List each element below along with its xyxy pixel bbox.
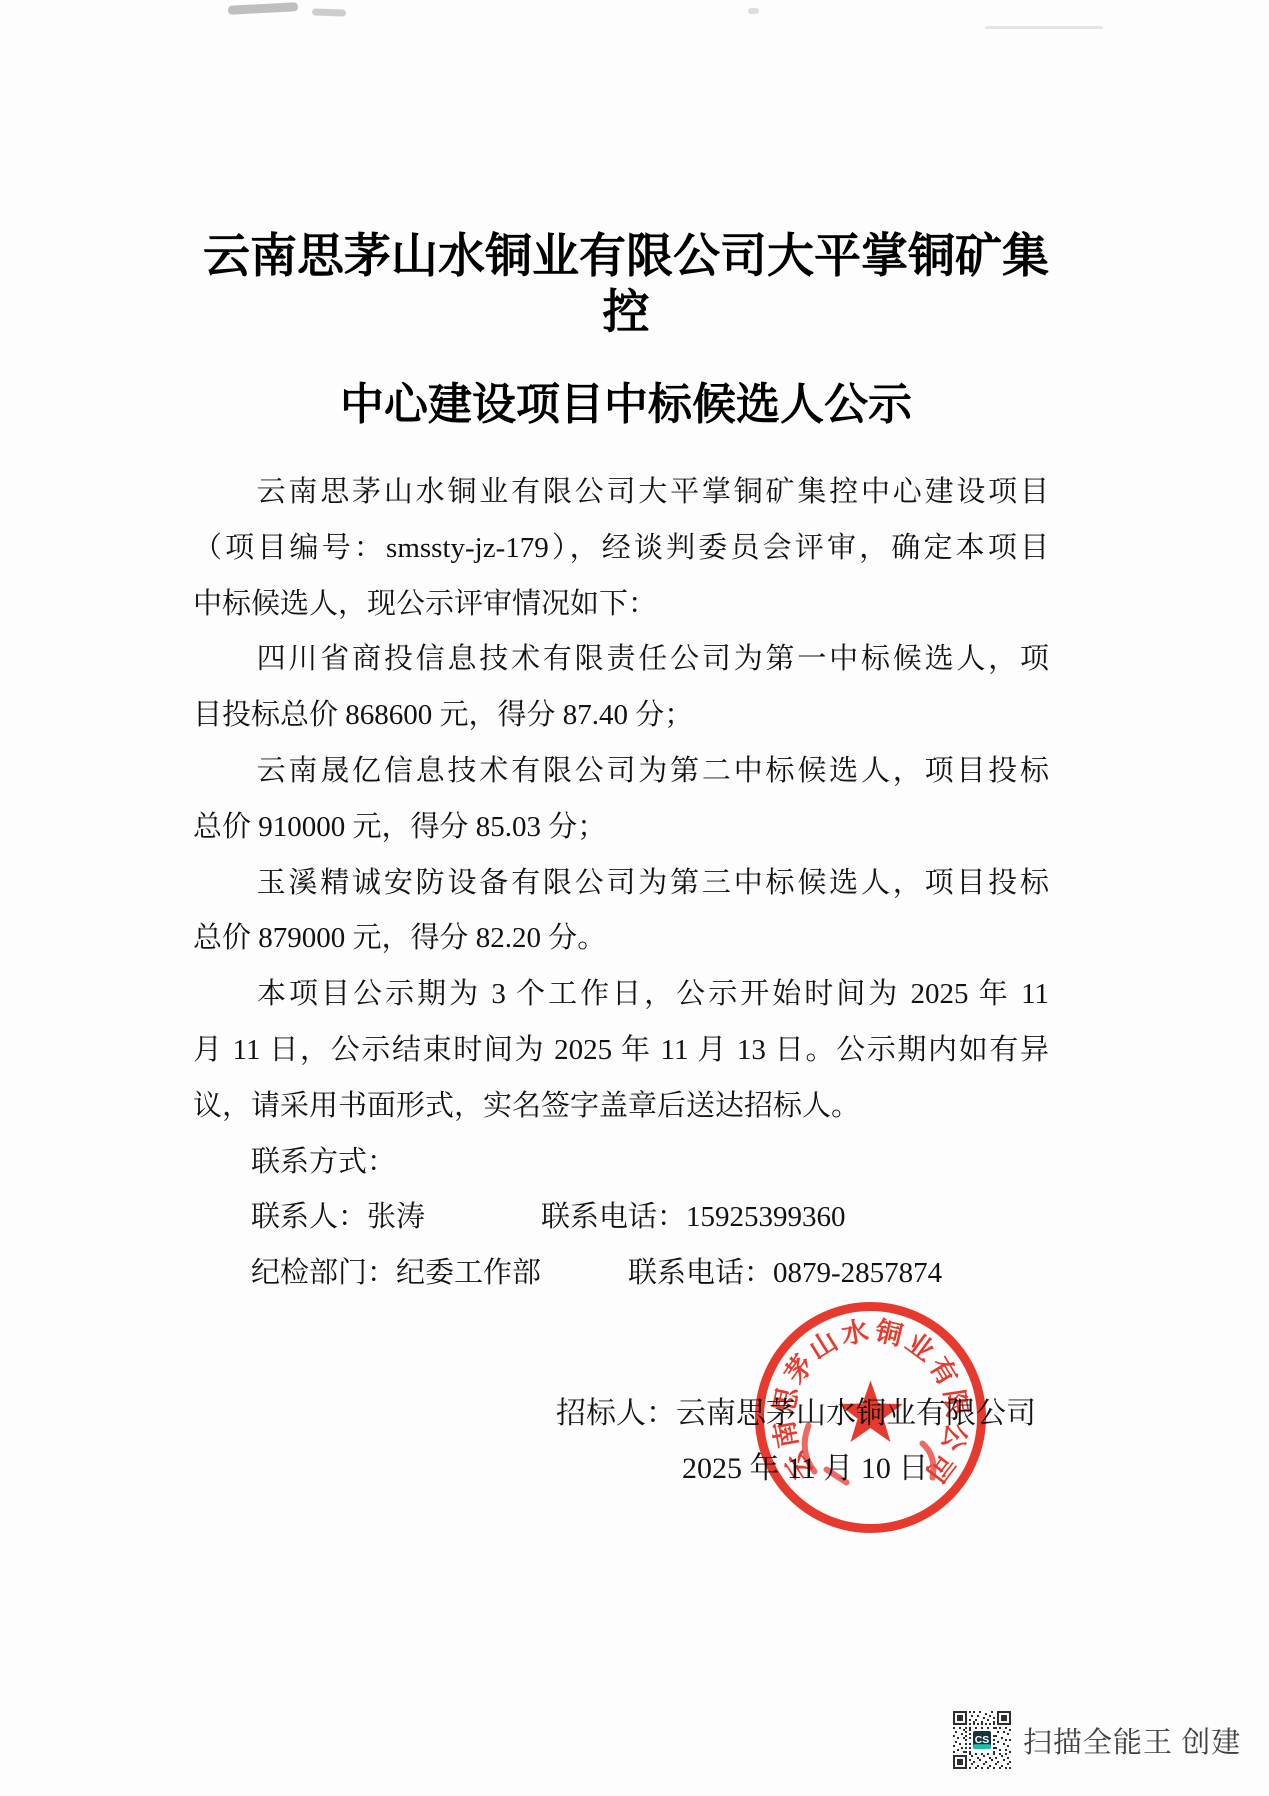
body-line: 玉溪精诚安防设备有限公司为第三中标候选人，项目投标 <box>193 856 1049 912</box>
scanned-document-page: 云南思茅山水铜业有限公司大平掌铜矿集控 中心建设项目中标候选人公示 云南思茅山水… <box>0 0 1269 1796</box>
watermark-text: 扫描全能王 创建 <box>1023 1720 1241 1761</box>
document-title-line2: 中心建设项目中标候选人公示 <box>193 379 1059 431</box>
body-line: 目投标总价 868600 元，得分 87.40 分； <box>193 688 1049 744</box>
qr-code-icon: CS <box>953 1710 1011 1770</box>
document-title: 云南思茅山水铜业有限公司大平掌铜矿集控 中心建设项目中标候选人公示 <box>193 228 1059 431</box>
body-line: 中标候选人，现公示评审情况如下： <box>193 577 1049 633</box>
body-line: 四川省商投信息技术有限责任公司为第一中标候选人，项 <box>193 632 1049 688</box>
camscanner-logo-icon: CS <box>973 1731 991 1749</box>
body-line: （项目编号：smssty-jz-179），经谈判委员会评审，确定本项目 <box>193 521 1049 577</box>
scan-artifact <box>985 26 1103 29</box>
document-body: 云南思茅山水铜业有限公司大平掌铜矿集控中心建设项目（项目编号：smssty-jz… <box>193 465 1049 1302</box>
scan-artifact <box>748 8 759 14</box>
svg-text:CS: CS <box>975 1735 990 1746</box>
company-seal-stamp: 云南思茅山水铜业有限公司 <box>750 1297 991 1538</box>
body-line: 云南晟亿信息技术有限公司为第二中标候选人，项目投标 <box>193 744 1049 800</box>
body-line: 云南思茅山水铜业有限公司大平掌铜矿集控中心建设项目 <box>193 465 1049 521</box>
body-line: 本项目公示期为 3 个工作日，公示开始时间为 2025 年 11 <box>193 967 1049 1023</box>
stamp-star-icon <box>838 1381 903 1443</box>
scan-artifact <box>312 8 346 16</box>
body-line: 议，请采用书面形式，实名签字盖章后送达招标人。 <box>193 1079 1049 1135</box>
body-line: 总价 910000 元，得分 85.03 分； <box>193 800 1049 856</box>
scan-artifact <box>228 2 298 15</box>
body-line: 月 11 日，公示结束时间为 2025 年 11 月 13 日。公示期内如有异 <box>193 1023 1049 1079</box>
body-line: 总价 879000 元，得分 82.20 分。 <box>193 911 1049 967</box>
document-title-line1: 云南思茅山水铜业有限公司大平掌铜矿集控 <box>193 228 1059 340</box>
camscanner-watermark: CS 扫描全能王 创建 <box>953 1710 1241 1770</box>
stamp-inner-marks <box>805 1426 934 1483</box>
body-line: 纪检部门：纪委工作部 联系电话：0879-2857874 <box>193 1246 1049 1302</box>
body-line: 联系方式： <box>193 1135 1049 1191</box>
body-line: 联系人：张涛 联系电话：15925399360 <box>193 1190 1049 1246</box>
